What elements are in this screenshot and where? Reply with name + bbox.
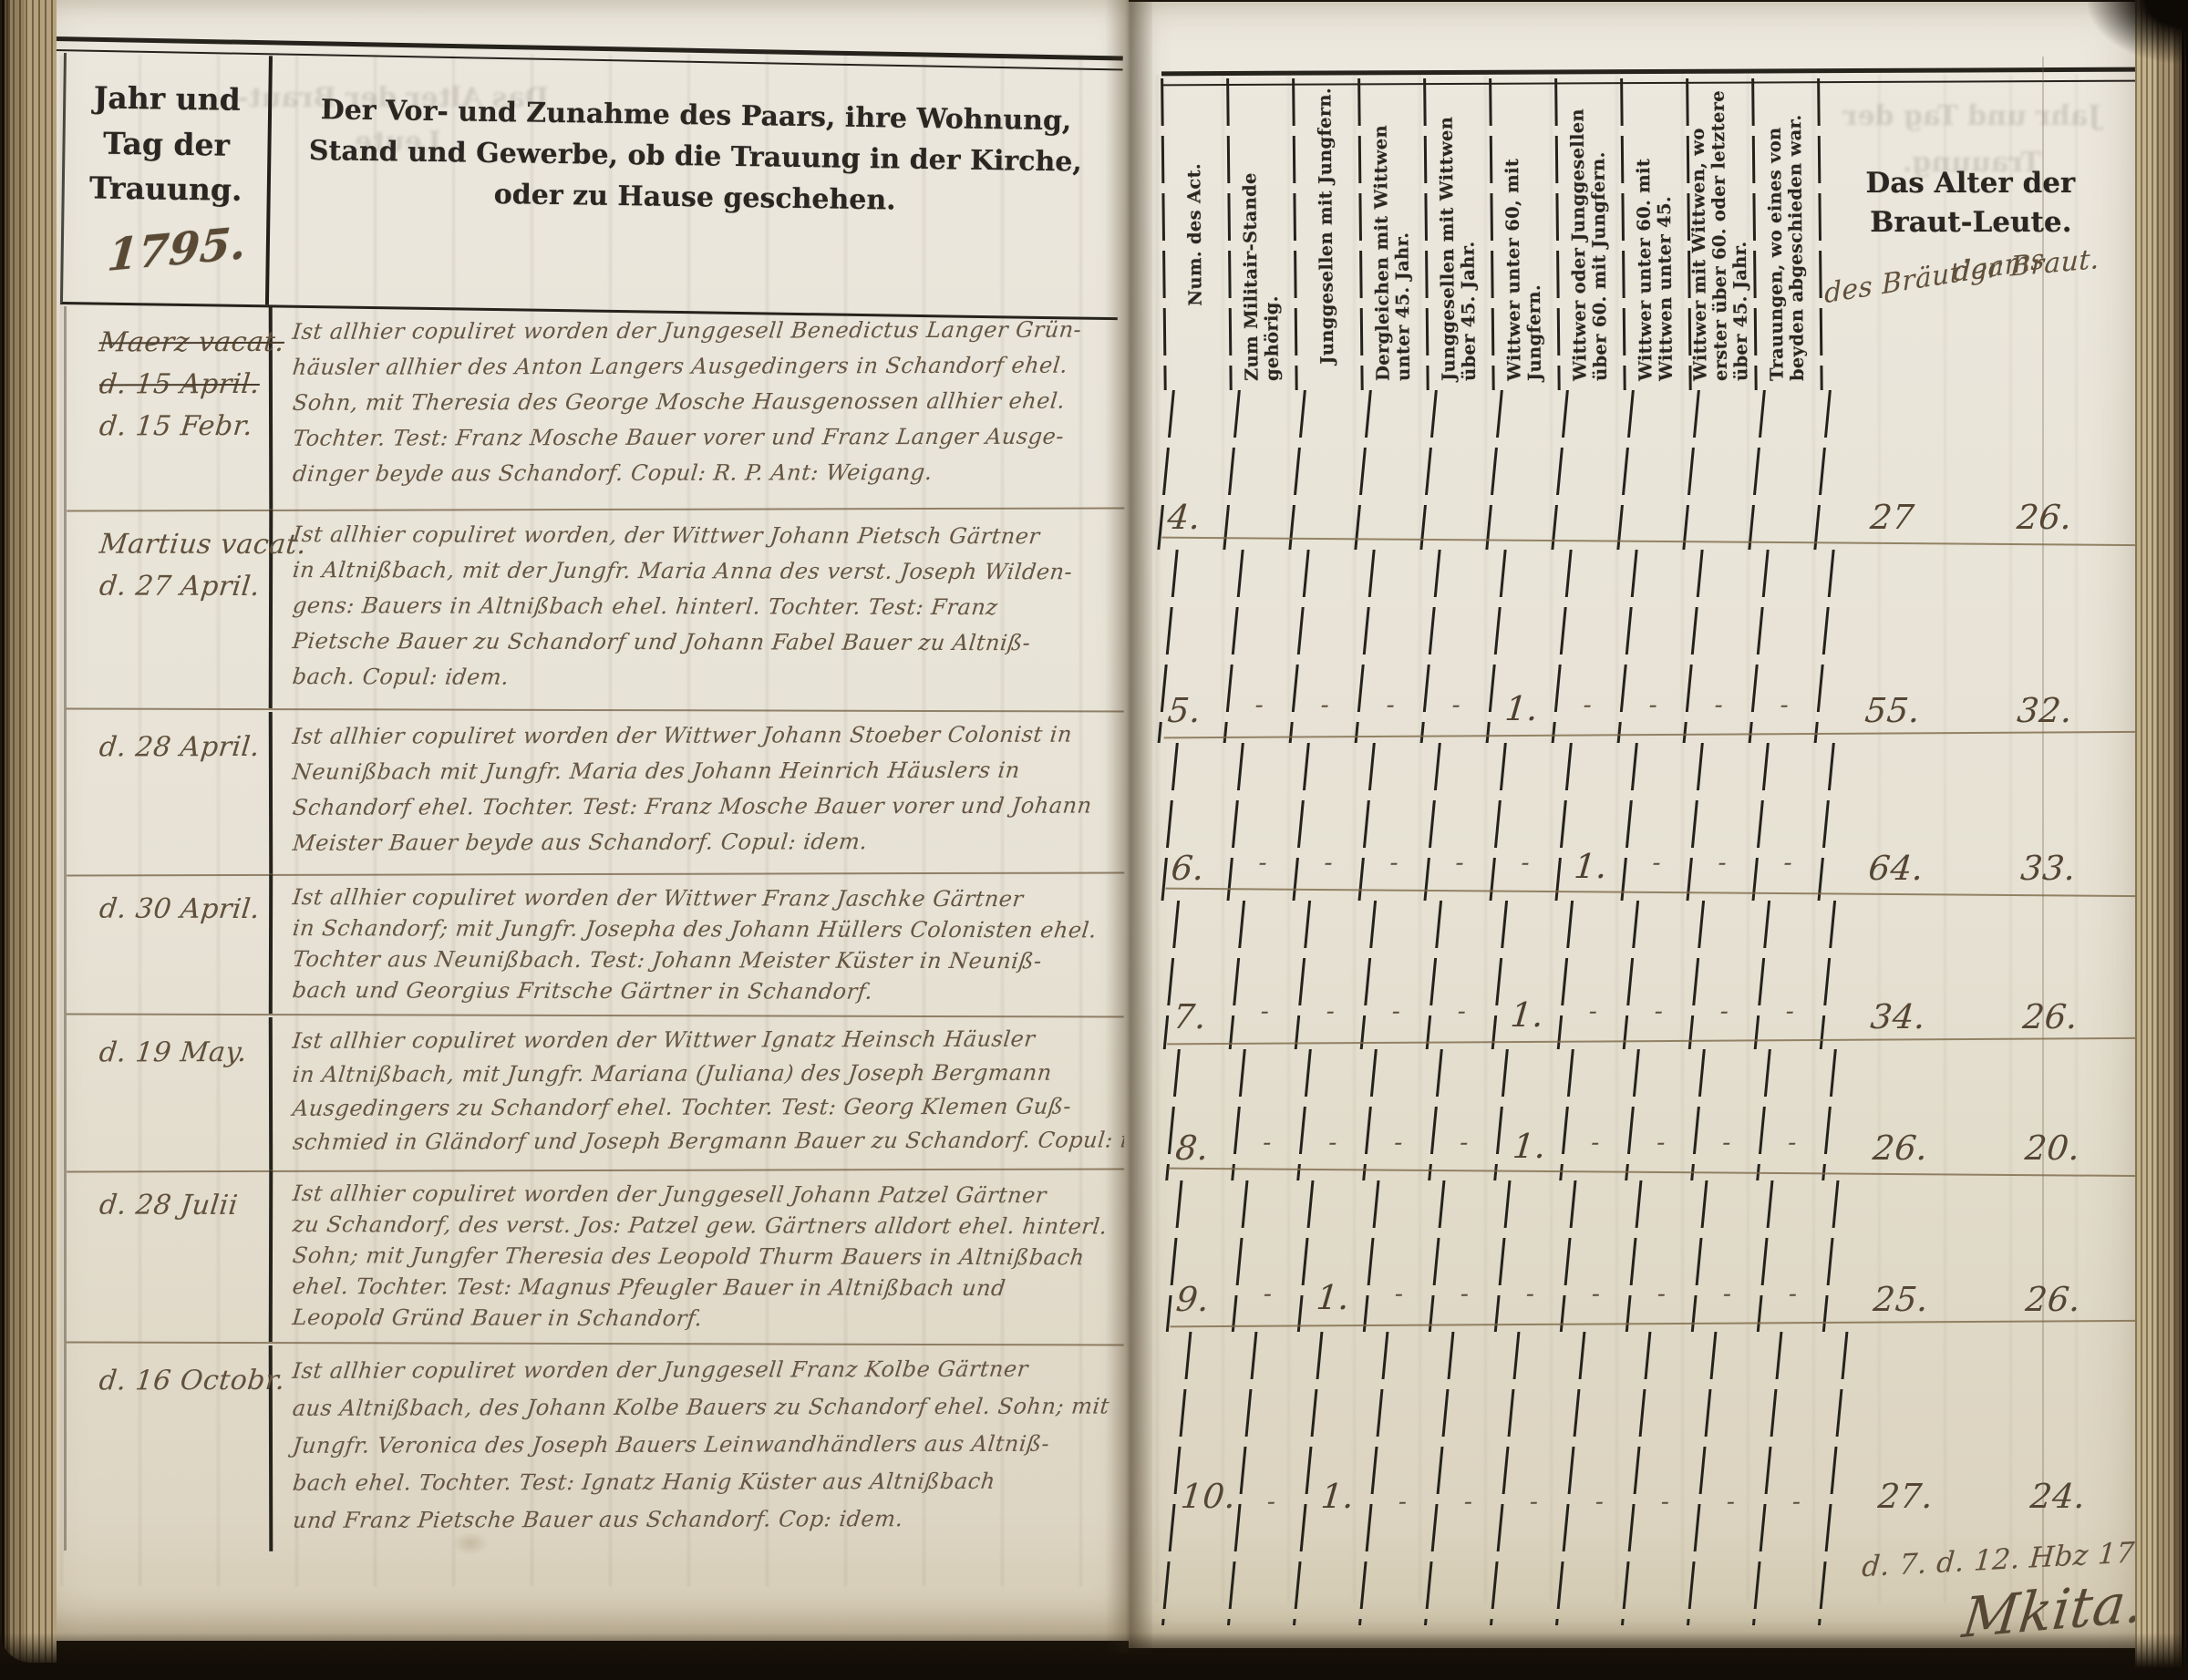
column-header-label: Num. des Act. xyxy=(1184,163,1206,306)
entry-date-line: Martius vacat. xyxy=(98,524,268,566)
left-page-edge-stack xyxy=(0,0,57,1663)
main-column-header: Der Vor- und Zunahme des Paars, ihre Woh… xyxy=(265,56,1121,317)
entry-text-line: Ist allhier copuliret worden der Wittwer… xyxy=(291,881,1117,914)
groom-age: 27 xyxy=(1813,390,1980,550)
entry-text-line: zu Schandorf, des verst. Jos: Patzel gew… xyxy=(291,1209,1117,1242)
column-header-label: Wittwer unter 60. mit Wittwen unter 45. xyxy=(1633,88,1677,381)
entry-text-line: Ist allhier copuliret worden der Jungges… xyxy=(291,1351,1117,1390)
entry-date: Martius vacat.d. 27 April. xyxy=(67,509,270,708)
statistics-table: Num. des Act.Zum Militair-Stande gehörig… xyxy=(1161,78,2138,1625)
tally-mark-one: 1. xyxy=(1493,1049,1572,1180)
book-bottom-shadow xyxy=(0,1633,2188,1680)
groom-age: 25. xyxy=(1822,1180,1988,1332)
entry-text-line: Ist allhier copuliret worden der Wittwer… xyxy=(291,717,1117,755)
bride-age: 26. xyxy=(1965,390,2133,550)
table-row: 8.----1.----26.20. xyxy=(1171,1049,2133,1180)
bride-age: 26. xyxy=(1974,1180,2142,1332)
year-annotation: 1795. xyxy=(105,211,249,290)
groom-age: 55. xyxy=(1814,550,1984,743)
column-header: Junggesellen mit Jungfern. xyxy=(1292,78,1361,390)
entry-text-line: Sohn, mit Theresia des George Mosche Hau… xyxy=(291,384,1117,421)
marriage-entries: Maerz vacat.d. 15 April.d. 15 Febr. Ist … xyxy=(64,306,1124,1551)
entry-text-line: Tochter. Test: Franz Mosche Bauer vorer … xyxy=(291,419,1117,457)
column-header: Junggesellen mit Wittwen über 45. Jahr. xyxy=(1423,78,1492,390)
entry-text-line: gens: Bauers in Altnißbach ehel. hinterl… xyxy=(291,588,1117,625)
entry-text-line: in Schandorf; mit Jungfr. Josepha des Jo… xyxy=(291,912,1117,945)
entry-text-line: bach ehel. Tochter. Test: Ignatz Hanig K… xyxy=(291,1463,1117,1502)
entry-text: Ist allhier copuliret worden der Wittwer… xyxy=(269,874,1124,1015)
bride-age: 33. xyxy=(1968,743,2136,901)
column-header: Trauungen, wo eines von beyden abgeschie… xyxy=(1751,78,1821,390)
column-header-label: Wittwer oder Junggesellen über 60. mit J… xyxy=(1567,88,1611,381)
entry-date-line: d. 15 Febr. xyxy=(98,406,268,448)
column-header: Wittwer unter 60. mit Wittwen unter 45. xyxy=(1620,78,1689,390)
entry-text: Ist allhier copuliret worden der Jungges… xyxy=(269,1343,1125,1551)
dash-mark: - xyxy=(1296,1049,1375,1180)
age-header-title: Das Alter der Braut-Leute. xyxy=(1818,164,2123,243)
table-row: 7.----1.----34.26. xyxy=(1170,901,2132,1049)
entry-date-line: d. 28 April. xyxy=(98,727,268,768)
column-header-label: Wittwer mit Wittwen, wo erster über 60. … xyxy=(1688,88,1753,381)
entry-text: Ist allhier copuliret worden der Wittwer… xyxy=(269,709,1124,873)
table-rows: 4.2726. 5.----1.----55.32. 6.-----1.---6… xyxy=(1164,390,2138,1625)
groom-age: 27. xyxy=(1818,1332,1997,1625)
marriage-entry: d. 30 April. Ist allhier copuliret worde… xyxy=(67,873,1124,1017)
column-header: Wittwer unter 60, mit Jungfern. xyxy=(1489,78,1558,390)
left-page: Das Alter der Braut-Leute. Jahr und Tag … xyxy=(24,0,1129,1641)
dash-mark: - xyxy=(1690,1049,1769,1180)
entry-text-line: Sohn; mit Jungfer Theresia des Leopold T… xyxy=(291,1240,1117,1273)
age-header: Das Alter der Braut-Leute. des Bräutigam… xyxy=(1817,78,2125,390)
entry-text-line: bach und Georgius Fritsche Gärtner in Sc… xyxy=(291,974,1117,1007)
left-header-box: Jahr und Tag der Trauung. 1795. Der Vor-… xyxy=(60,53,1121,320)
column-header: Dergleichen mit Wittwen unter 45. Jahr. xyxy=(1357,78,1427,390)
dash-mark: - xyxy=(1625,1049,1703,1180)
column-header: Wittwer oder Junggesellen über 60. mit J… xyxy=(1554,78,1624,390)
entry-date-line: d. 28 Julii xyxy=(98,1185,268,1227)
bride-age: 20. xyxy=(1973,1049,2139,1180)
column-header: Zum Militair-Stande gehörig. xyxy=(1226,78,1295,390)
entry-date-line: Maerz vacat. xyxy=(97,322,267,364)
main-column-title: Der Vor- und Zunahme des Paars, ihre Woh… xyxy=(297,89,1093,224)
entry-text-line: Ist allhier copuliret worden der Jungges… xyxy=(291,313,1117,350)
row-number: 8. xyxy=(1165,1049,1244,1180)
dash-mark: - xyxy=(1231,1049,1309,1180)
marriage-entry: d. 28 April. Ist allhier copuliret worde… xyxy=(67,709,1124,876)
entry-date: d. 28 April. xyxy=(67,712,269,875)
entry-text: Ist allhier copuliret worden der Wittwer… xyxy=(269,1015,1124,1170)
right-fore-edge-stack xyxy=(2135,0,2188,1680)
entry-date: d. 28 Julii xyxy=(67,1170,269,1342)
entry-text-line: in Altnißbach, mit der Jungfr. Maria Ann… xyxy=(291,552,1117,590)
groom-age: 34. xyxy=(1820,901,1985,1049)
column-header-label: Junggesellen mit Jungfern. xyxy=(1315,88,1338,365)
entry-text-line: ehel. Tochter. Test: Magnus Pfeugler Bau… xyxy=(291,1271,1117,1304)
right-page: Jahr und Tag der Trauung. Num. des Act.Z… xyxy=(1129,2,2153,1648)
table-row: 10.-1.-------27.24. xyxy=(1174,1332,2138,1625)
entry-date-line: d. 30 April. xyxy=(98,889,268,931)
dash-mark: - xyxy=(1362,1049,1440,1180)
entry-text-line: Meister Bauer beyde aus Schandorf. Copul… xyxy=(291,824,1117,861)
book-scan-photo: Das Alter der Braut-Leute. Jahr und Tag … xyxy=(0,0,2188,1680)
entry-date: Maerz vacat.d. 15 April.d. 15 Febr. xyxy=(67,307,270,510)
entry-text-line: aus Altnißbach, des Johann Kolbe Bauers … xyxy=(291,1388,1117,1427)
entry-text-line: Schandorf ehel. Tochter. Test: Franz Mos… xyxy=(291,788,1117,826)
entry-text-line: schmied in Gländorf und Joseph Bergmann … xyxy=(291,1123,1124,1160)
marriage-entry: d. 19 May. Ist allhier copuliret worden … xyxy=(67,1015,1124,1172)
entry-text-line: und Franz Pietsche Bauer aus Schandorf. … xyxy=(291,1500,1117,1540)
entry-date: d. 19 May. xyxy=(67,1017,269,1171)
entry-text-line: Neunißbach mit Jungfr. Maria des Johann … xyxy=(291,753,1117,790)
entry-text-line: Pietsche Bauer zu Schandorf und Johann F… xyxy=(291,624,1117,661)
column-header: Wittwer mit Wittwen, wo erster über 60. … xyxy=(1686,78,1755,390)
entry-text-line: Jungfr. Veronica des Joseph Bauers Leinw… xyxy=(291,1426,1117,1465)
entry-text-line: Tochter aus Neunißbach. Test: Johann Mei… xyxy=(291,943,1117,976)
column-header-label: Wittwer unter 60, mit Jungfern. xyxy=(1502,88,1545,381)
date-column-header: Jahr und Tag der Trauung. 1795. xyxy=(63,53,269,304)
entry-date-line: d. 16 Octobr. xyxy=(97,1360,267,1402)
entry-text-line: Leopold Gründ Bauer in Schandorf. xyxy=(291,1302,1117,1335)
column-header-label: Junggesellen mit Wittwen über 45. Jahr. xyxy=(1436,88,1480,381)
table-row: 5.----1.----55.32. xyxy=(1166,550,2129,743)
dash-mark: - xyxy=(1559,1049,1637,1180)
marriage-entry: d. 28 Julii Ist allhier copuliret worden… xyxy=(67,1170,1124,1345)
entry-date-line: d. 27 April. xyxy=(98,566,268,608)
bride-age: 26. xyxy=(1971,901,2138,1049)
entry-date: d. 30 April. xyxy=(67,873,269,1014)
table-row: 9.-1.-------25.26. xyxy=(1172,1180,2135,1332)
entry-text: Ist allhier copuliret worden der Jungges… xyxy=(269,1170,1124,1344)
entry-text-line: Ist allhier copuliret worden der Jungges… xyxy=(291,1178,1117,1211)
marriage-entry: d. 16 Octobr. Ist allhier copuliret word… xyxy=(67,1343,1125,1551)
groom-age: 64. xyxy=(1817,743,1983,901)
groom-age: 26. xyxy=(1822,1049,1986,1180)
date-column-title: Jahr und Tag der Trauung. xyxy=(89,79,243,207)
entry-text-line: Ist allhier copuliret worden der Wittwer… xyxy=(291,1022,1124,1058)
entry-date-line: d. 15 April. xyxy=(98,364,268,406)
column-header-label: Zum Militair-Stande gehörig. xyxy=(1239,88,1283,381)
entry-text-line: Ist allhier copuliret worden, der Wittwe… xyxy=(291,517,1117,554)
entry-text-line: in Altnißbach, mit Jungfr. Mariana (Juli… xyxy=(291,1056,1124,1092)
table-row: 4.2726. xyxy=(1164,390,2127,550)
bride-age-label: der Braut. xyxy=(1953,243,2100,288)
cover-corner-shadow xyxy=(2088,0,2188,64)
marriage-entry: Martius vacat.d. 27 April. Ist allhier c… xyxy=(67,509,1125,712)
dash-mark: - xyxy=(1428,1049,1506,1180)
entry-text-line: dinger beyde aus Schandorf. Copul: R. P.… xyxy=(291,455,1117,492)
entry-text-line: bach. Copul: idem. xyxy=(291,659,1117,696)
dash-mark: - xyxy=(1756,1049,1834,1180)
column-header-label: Dergleichen mit Wittwen unter 45. Jahr. xyxy=(1370,88,1414,381)
marriage-entry: Maerz vacat.d. 15 April.d. 15 Febr. Ist … xyxy=(67,304,1125,511)
entry-text: Ist allhier copuliret worden der Jungges… xyxy=(269,304,1125,509)
table-row: 6.-----1.---64.33. xyxy=(1168,743,2131,901)
entry-text: Ist allhier copuliret worden, der Wittwe… xyxy=(269,510,1125,710)
column-header-label: Trauungen, wo eines von beyden abgeschie… xyxy=(1764,88,1808,381)
entry-text-line: häusler allhier des Anton Langers Ausged… xyxy=(291,348,1117,386)
entry-text-line: Ausgedingers zu Schandorf ehel. Tochter.… xyxy=(291,1089,1124,1126)
bride-age: 32. xyxy=(1966,550,2137,743)
entry-date: d. 16 Octobr. xyxy=(67,1345,270,1552)
entry-date-line: d. 19 May. xyxy=(98,1032,268,1074)
column-header: Num. des Act. xyxy=(1161,78,1230,390)
table-header-row: Num. des Act.Zum Militair-Stande gehörig… xyxy=(1161,78,2125,390)
